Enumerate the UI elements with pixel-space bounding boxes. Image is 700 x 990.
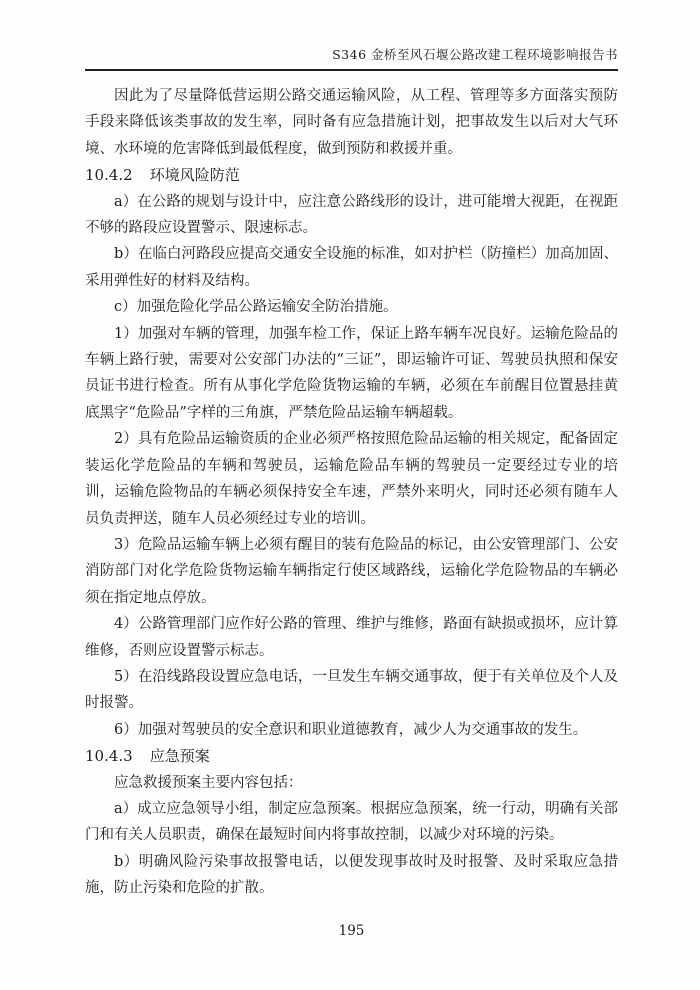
section-number: 10.4.3	[85, 747, 133, 765]
paragraph-item-b: b）在临白河路段应提高交通安全设施的标准，如对护栏（防撞栏）加高加固、采用弹性好…	[85, 241, 618, 294]
section-title: 环境风险防范	[150, 166, 240, 184]
paragraph-emergency-a: a）成立应急领导小组，制定应急预案。根据应急预案，统一行动，明确有关部门和有关人…	[85, 796, 618, 849]
paragraph-emergency-b: b）明确风险污染事故报警电话，以便发现事故时及时报警、及时采取应急措施，防止污染…	[85, 849, 618, 902]
paragraph-emergency-intro: 应急救援预案主要内容包括：	[85, 770, 618, 796]
document-page: S346 金桥至风石堰公路改建工程环境影响报告书 因此为了尽量降低营运期公路交通…	[0, 0, 700, 990]
paragraph-item-5: 5）在沿线路段设置应急电话，一旦发生车辆交通事故，便于有关单位及个人及时报警。	[85, 664, 618, 717]
section-heading-10-4-2: 10.4.2环境风险防范	[85, 162, 618, 188]
paragraph-item-3: 3）危险品运输车辆上必须有醒目的装有危险品的标记，由公安管理部门、公安消防部门对…	[85, 532, 618, 611]
paragraph-item-6: 6）加强对驾驶员的安全意识和职业道德教育，减少人为交通事故的发生。	[85, 717, 618, 743]
paragraph-item-1: 1）加强对车辆的管理，加强车检工作，保证上路车辆车况良好。运输危险品的车辆上路行…	[85, 321, 618, 427]
section-title: 应急预案	[150, 747, 210, 765]
section-heading-10-4-3: 10.4.3应急预案	[85, 743, 618, 769]
section-number: 10.4.2	[85, 166, 133, 184]
paragraph-intro: 因此为了尽量降低营运期公路交通运输风险，从工程、管理等多方面落实预防手段来降低该…	[85, 83, 618, 162]
paragraph-item-a: a）在公路的规划与设计中，应注意公路线形的设计，进可能增大视距，在视距不够的路段…	[85, 189, 618, 242]
paragraph-item-4: 4）公路管理部门应作好公路的管理、维护与维修，路面有缺损或损坏，应计算维修，否则…	[85, 611, 618, 664]
header-report-title: S346 金桥至风石堰公路改建工程环境影响报告书	[332, 47, 618, 62]
page-number: 195	[339, 923, 365, 939]
paragraph-item-2: 2）具有危险品运输资质的企业必须严格按照危险品运输的相关规定，配备固定装运化学危…	[85, 426, 618, 532]
page-footer: 195	[85, 922, 618, 940]
paragraph-item-c: c）加强危险化学品公路运输安全防治措施。	[85, 294, 618, 320]
page-header: S346 金桥至风石堰公路改建工程环境影响报告书	[85, 0, 618, 71]
document-body: 因此为了尽量降低营运期公路交通运输风险，从工程、管理等多方面落实预防手段来降低该…	[85, 71, 618, 902]
